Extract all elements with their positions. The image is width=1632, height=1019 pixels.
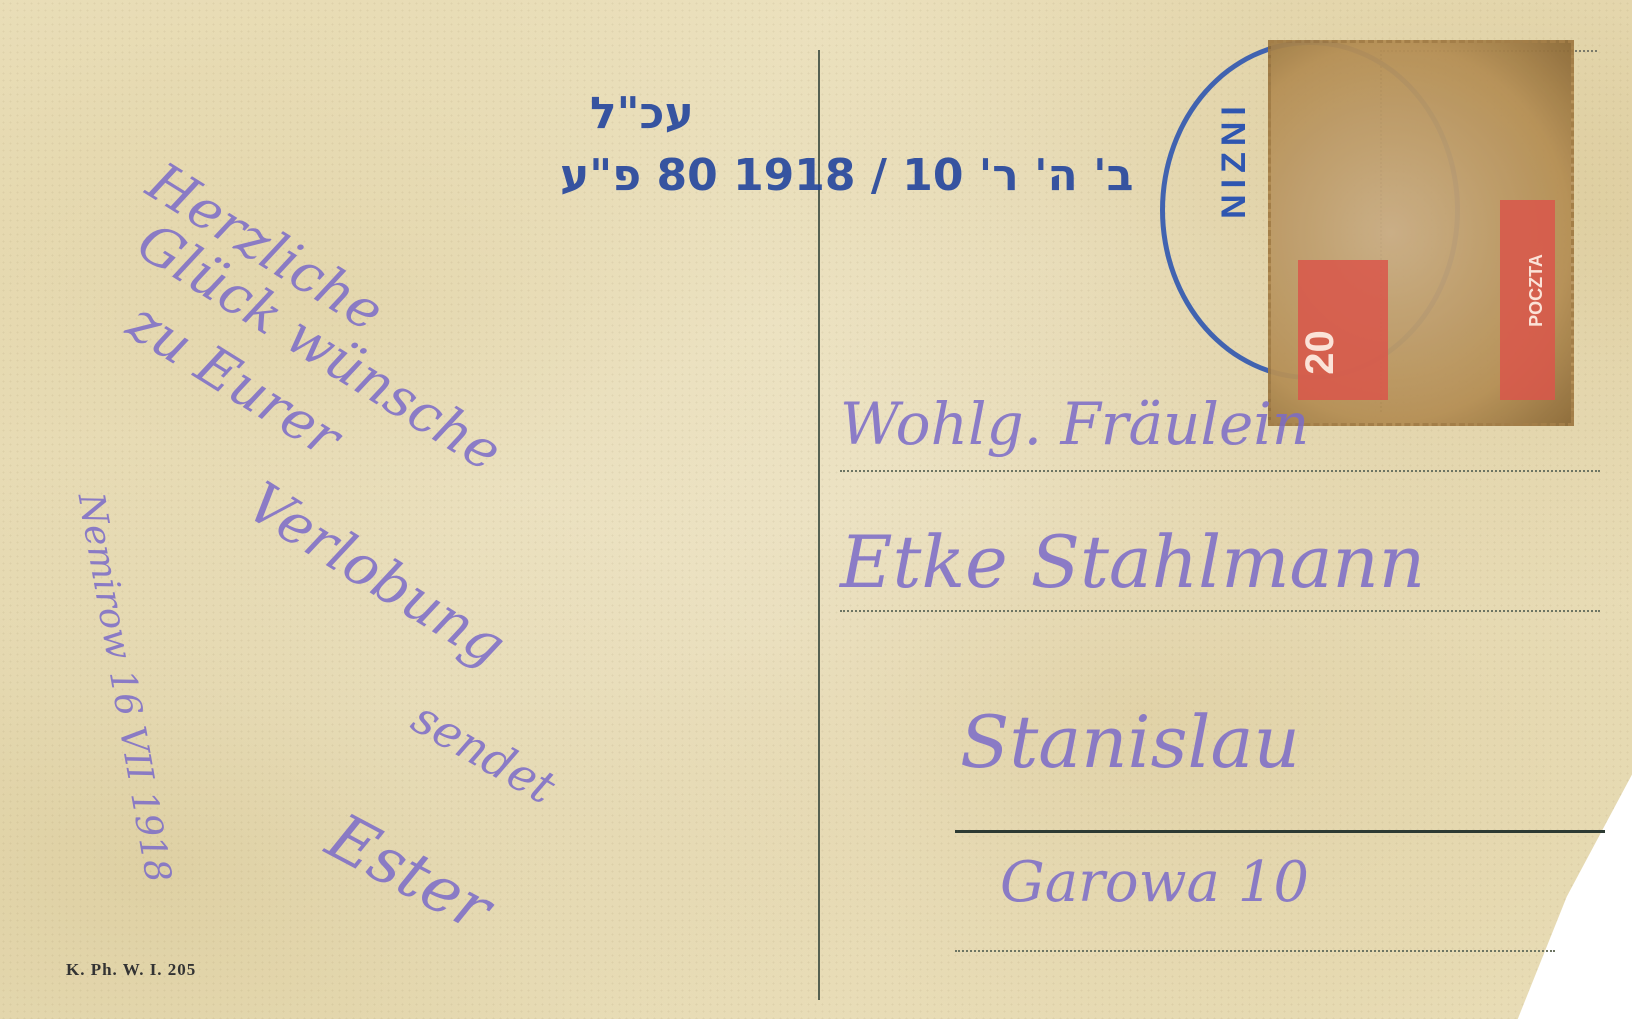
hebrew-note-line2: ב' ה' ר' 10 / 1918 80 פ"ע xyxy=(560,150,1133,201)
address-line-2 xyxy=(840,610,1600,612)
postmark-text: NIZNI xyxy=(1215,100,1254,219)
address-line1: Wohlg. Fräulein xyxy=(840,390,1309,458)
address-line2: Etke Stahlmann xyxy=(840,520,1425,604)
stamp-value: 20 xyxy=(1298,330,1343,375)
hebrew-note-line1: עכ"ל xyxy=(590,88,694,139)
publisher-mark: K. Ph. W. I. 205 xyxy=(66,960,196,980)
address-line-4 xyxy=(955,950,1555,952)
stamp-label: POCZTA xyxy=(1526,254,1547,327)
address-line-3 xyxy=(955,830,1605,833)
address-line3: Stanislau xyxy=(960,700,1300,784)
address-line4: Garowa 10 xyxy=(1000,850,1309,915)
address-line-1 xyxy=(840,470,1600,472)
